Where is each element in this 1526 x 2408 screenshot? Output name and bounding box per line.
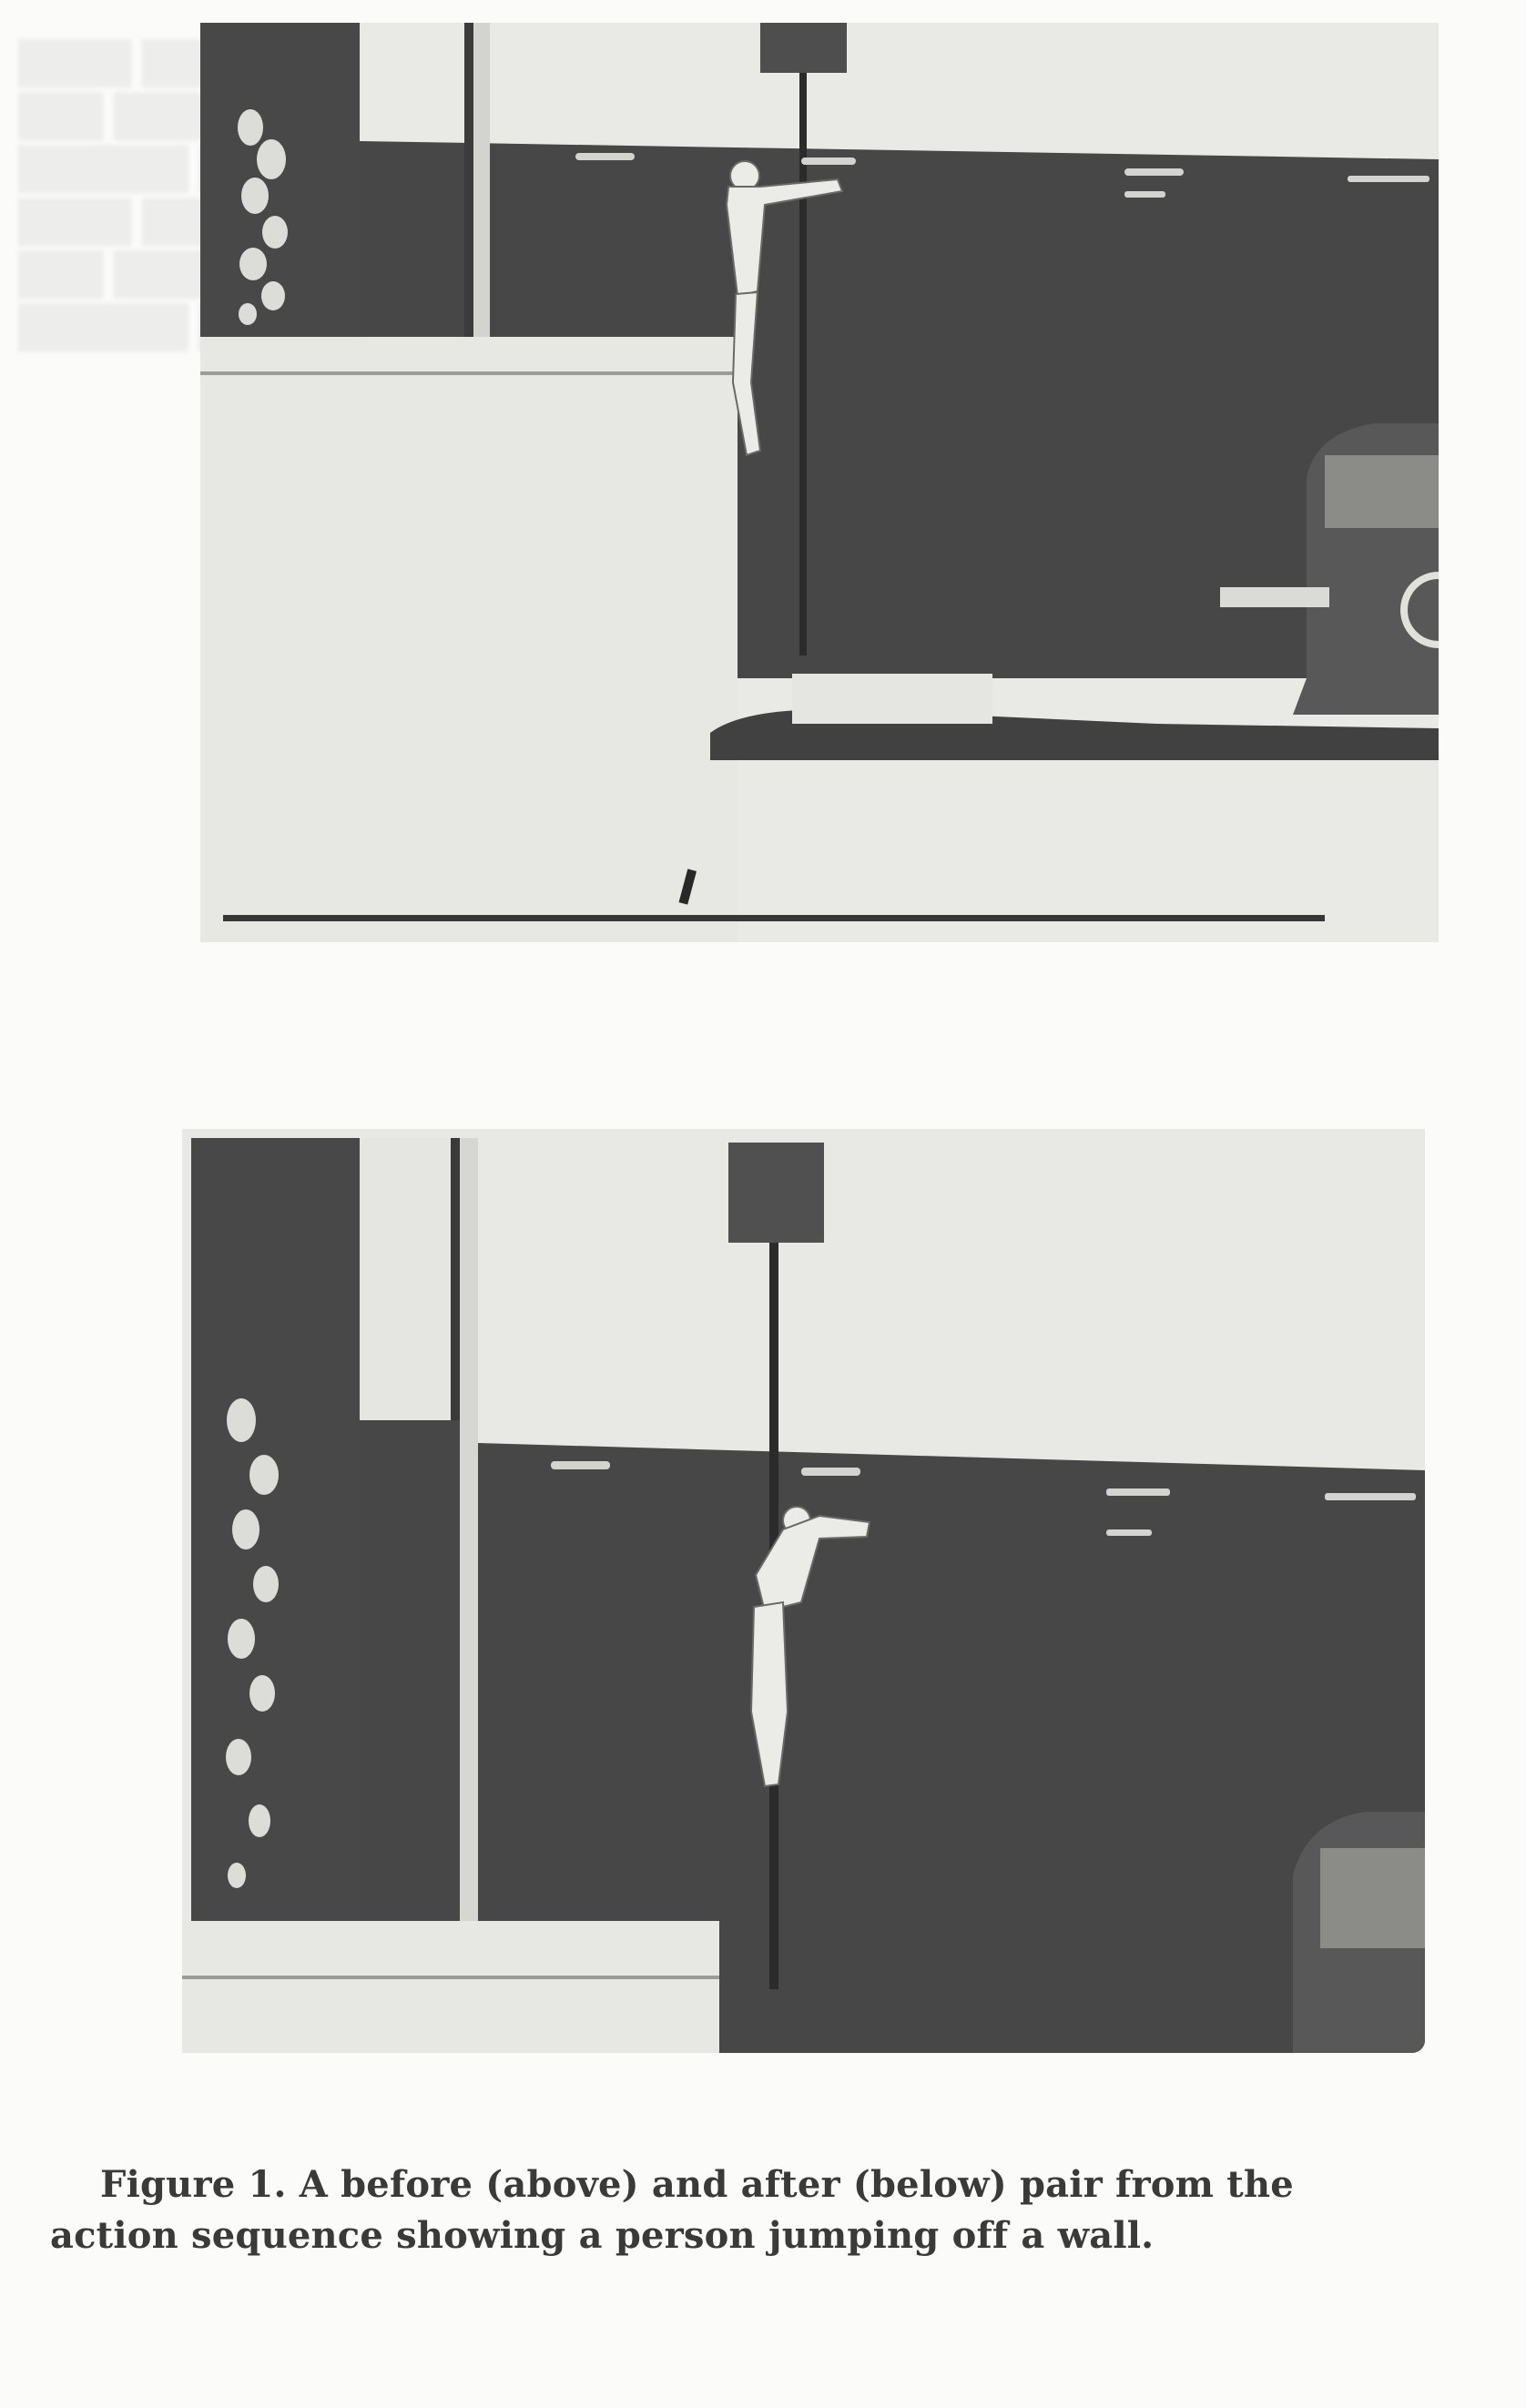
figure-photo-before [200,23,1439,942]
caption-line-1: Figure 1. A before (above) and after (be… [50,2159,1525,2210]
figure-photo-after [182,1129,1425,2053]
caption-line-2: action sequence showing a person jumping… [50,2210,1525,2261]
after-scene-illustration [182,1129,1425,2053]
figure-caption: Figure 1. A before (above) and after (be… [50,2159,1525,2261]
before-scene-illustration [200,23,1439,942]
